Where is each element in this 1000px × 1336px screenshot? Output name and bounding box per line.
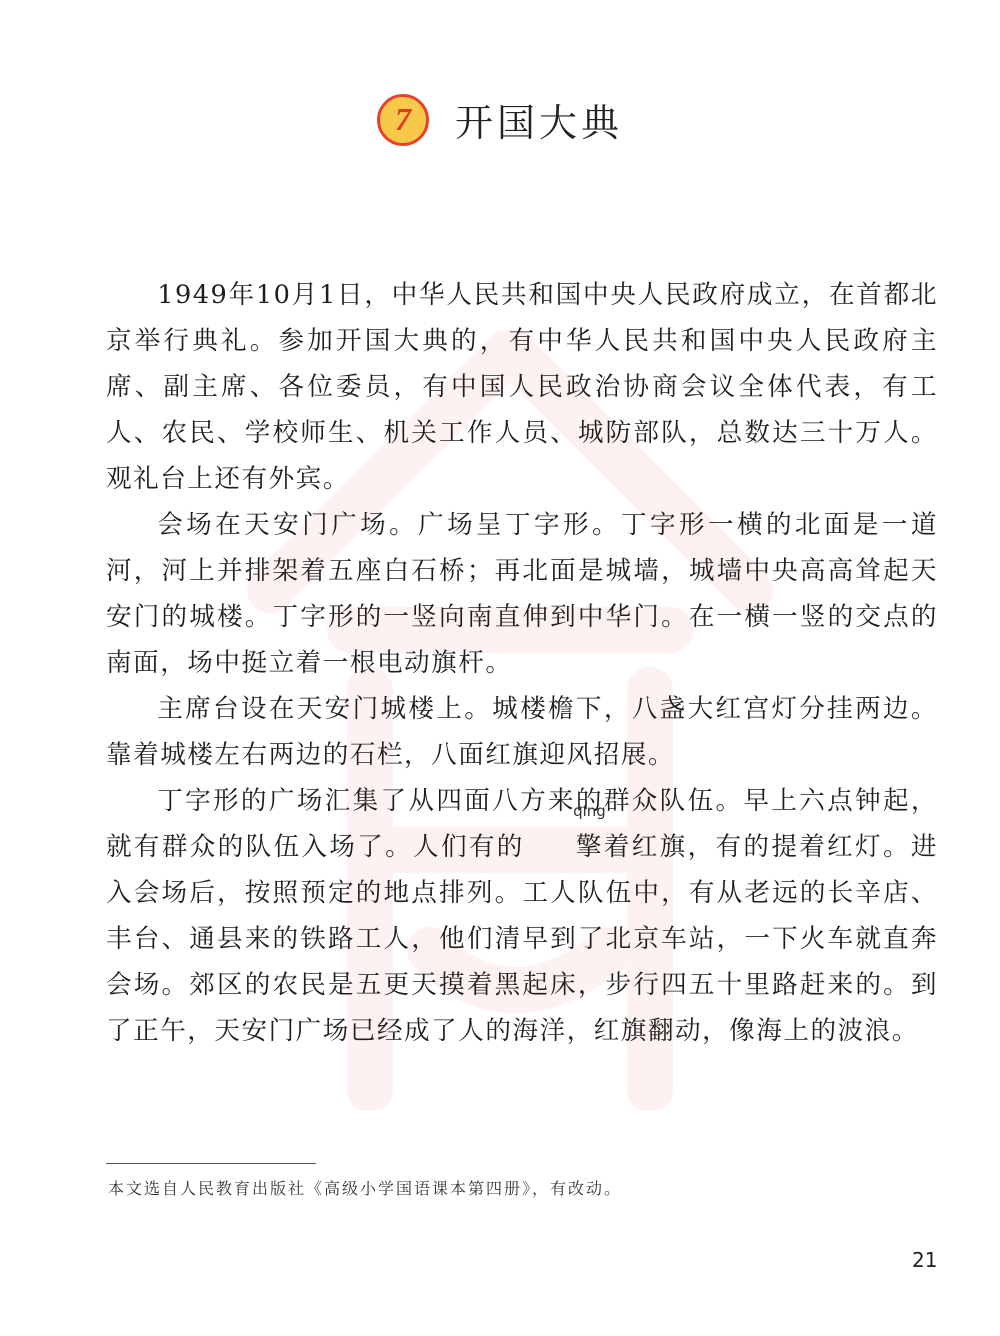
paragraph-4-part-2: 着红旗，有的提着红灯。进入会场后，按照预定的地点排列。工人队伍中，有从老远的长辛… [106, 832, 938, 1046]
paragraph-3: 主席台设在天安门城楼上。城楼檐下，八盏大红宫灯分挂两边。靠着城楼左右两边的石栏，… [106, 686, 938, 778]
pinyin-annotation: qíng [522, 804, 606, 819]
lesson-title: 开国大典 [455, 92, 623, 147]
lesson-header: 7 开国大典 [0, 92, 1000, 147]
page-number: 21 [912, 1248, 937, 1272]
article-body: 1949年10月1日，中华人民共和国中央人民政府成立，在首都北京举行典礼。参加开… [106, 272, 938, 1054]
footnote-divider [106, 1163, 316, 1164]
paragraph-4: 丁字形的广场汇集了从四面八方来的群众队伍。早上六点钟起，就有群众的队伍入场了。人… [106, 778, 938, 1054]
pinyin-annotated-char: qíng擎 [525, 824, 603, 870]
paragraph-2: 会场在天安门广场。广场呈丁字形。丁字形一横的北面是一道河，河上并排架着五座白石桥… [106, 502, 938, 686]
paragraph-1: 1949年10月1日，中华人民共和国中央人民政府成立，在首都北京举行典礼。参加开… [106, 272, 938, 502]
lesson-number-badge: 7 [377, 94, 429, 146]
annotated-char: 擎 [576, 832, 603, 862]
footnote-source: 本文选自人民教育出版社《高级小学国语课本第四册》，有改动。 [108, 1176, 622, 1199]
